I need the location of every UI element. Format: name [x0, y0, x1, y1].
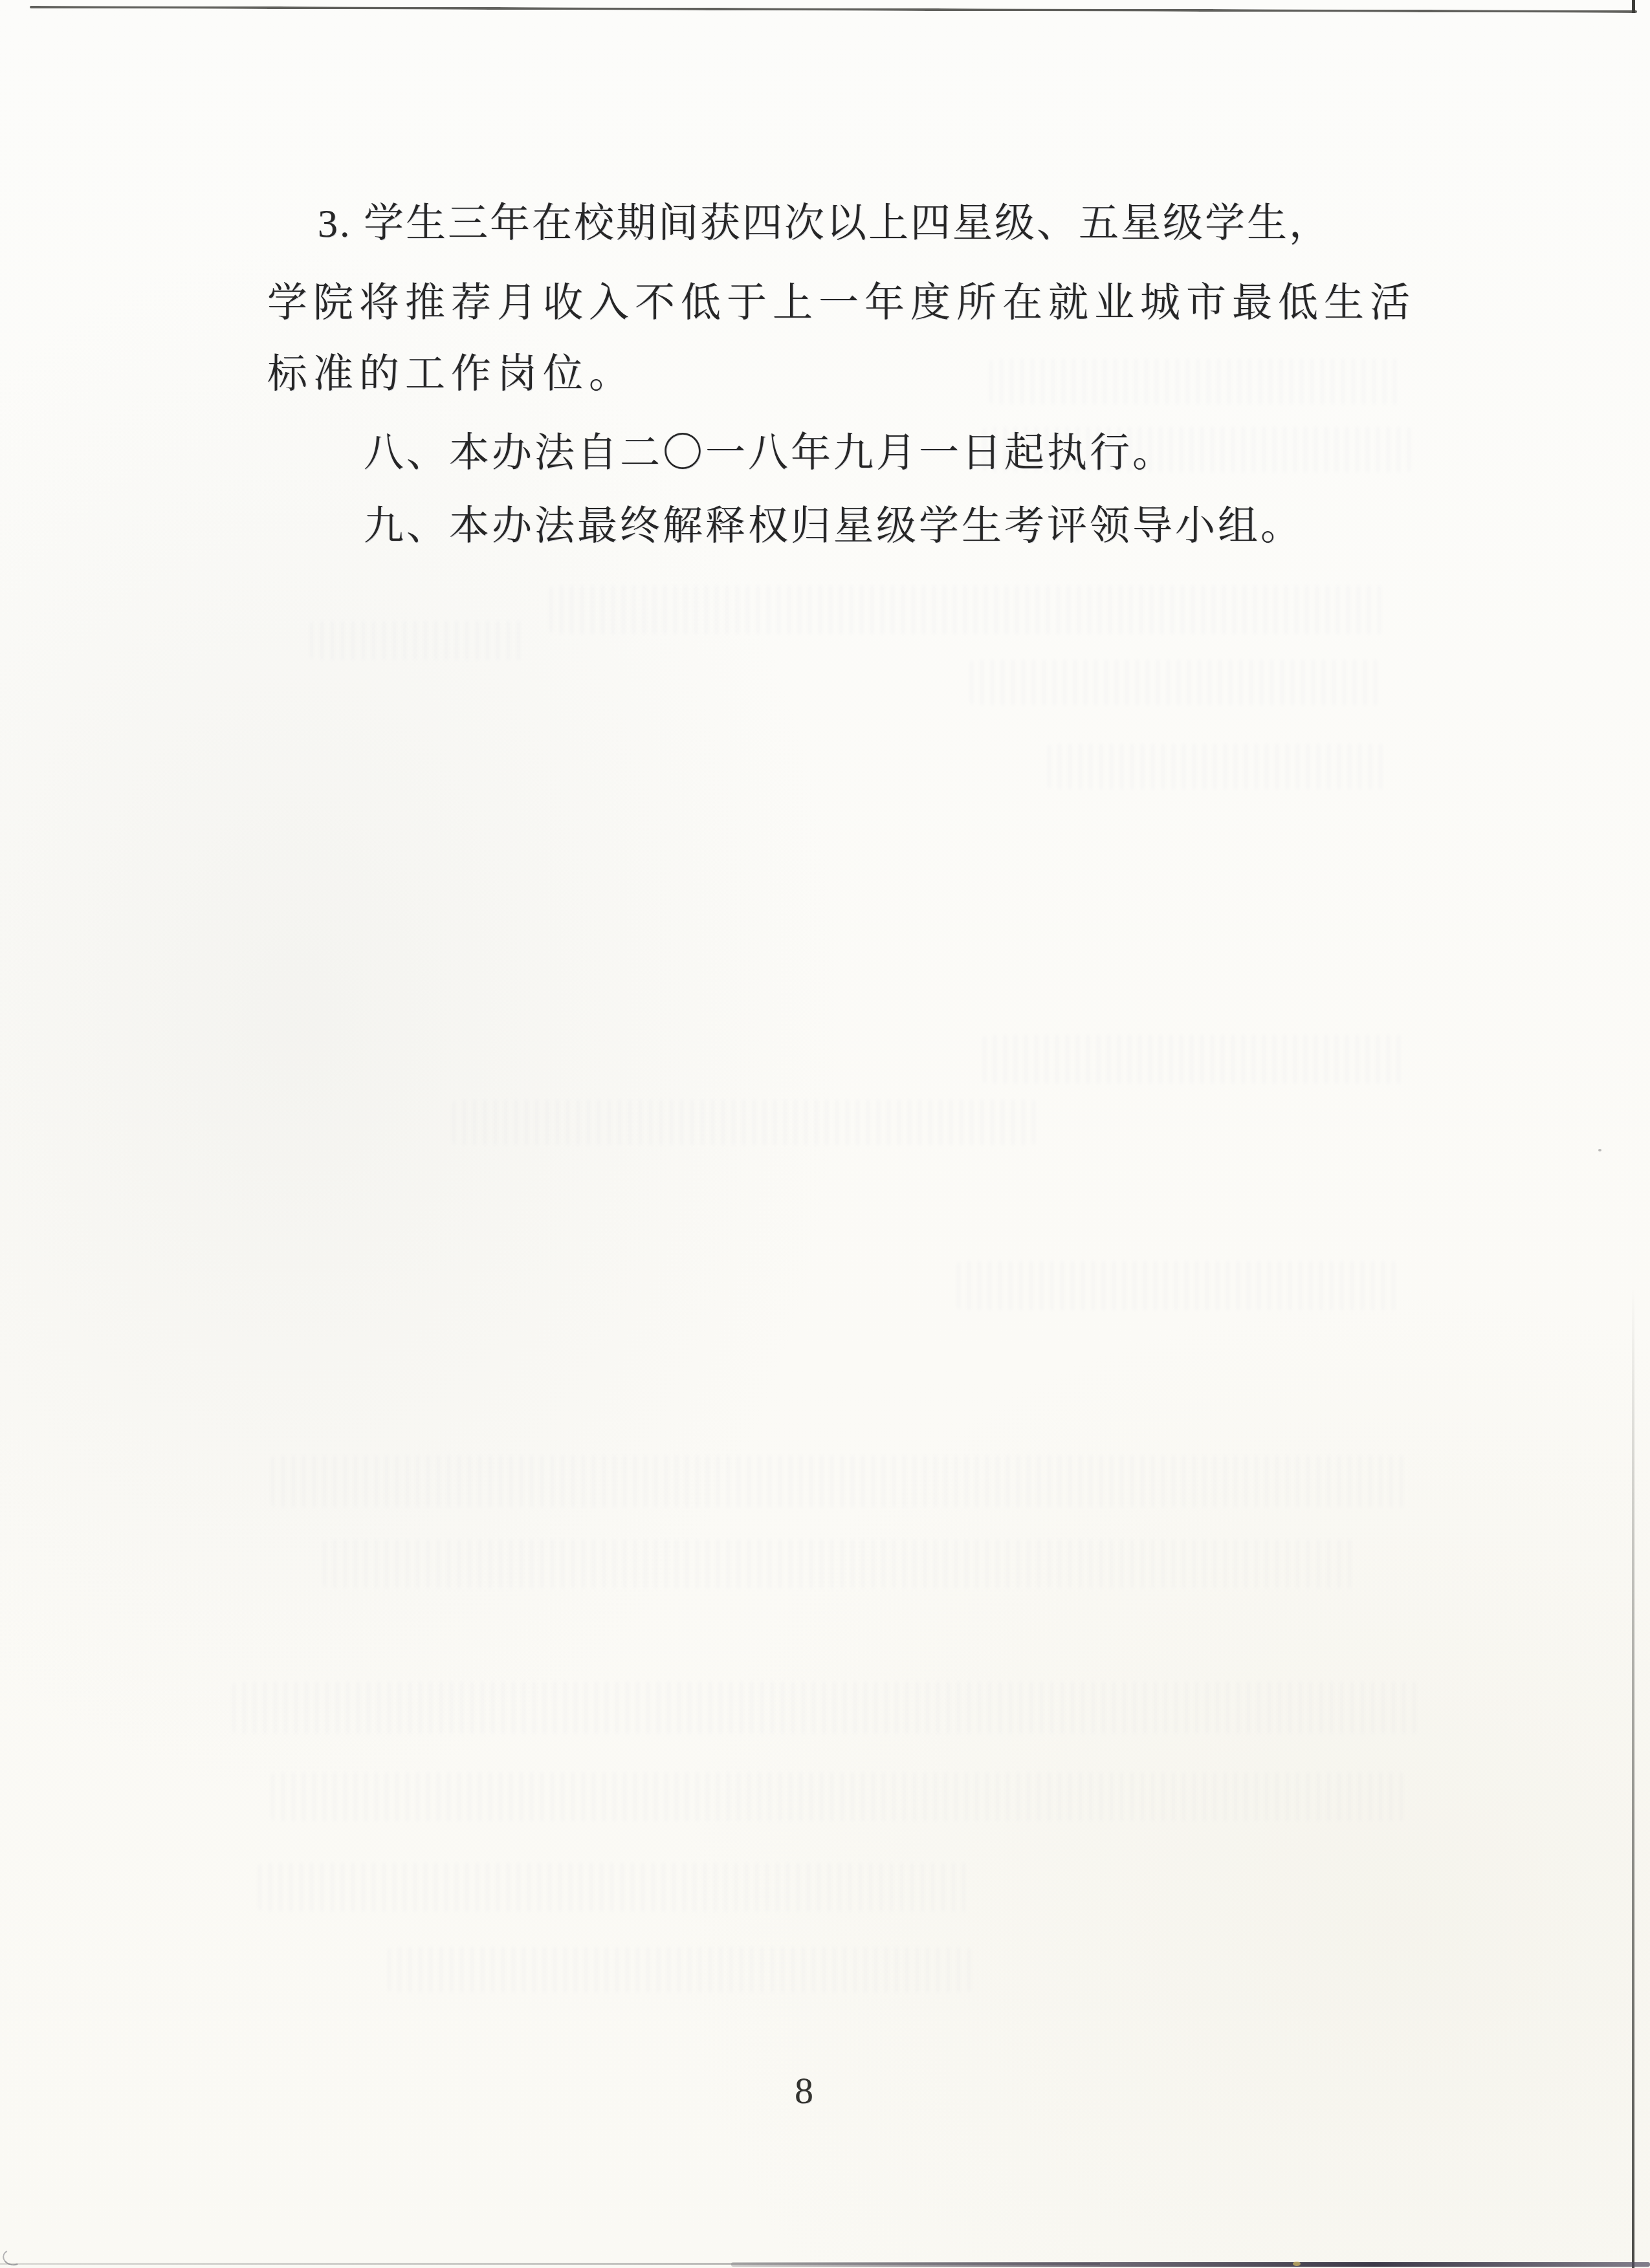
scanned-document-page: { "page": { "number": "8", "paper_color"…	[0, 0, 1650, 2268]
bleed-through-artifact	[984, 427, 1411, 472]
document-text-line: 3. 学生三年在校期间获四次以上四星级、五星级学生，	[318, 204, 1331, 244]
bleed-through-artifact	[971, 660, 1385, 705]
bleed-through-artifact	[1048, 744, 1385, 789]
bleed-through-artifact	[272, 1772, 1404, 1821]
scan-edge-bottom-shadow	[731, 2262, 1650, 2267]
page-number: 8	[795, 2072, 813, 2110]
bleed-through-artifact	[550, 585, 1385, 634]
bleed-through-artifact	[984, 1035, 1404, 1084]
paper-speck	[1598, 1149, 1601, 1151]
document-text-line: 标准的工作岗位。	[267, 354, 635, 395]
bleed-through-artifact	[958, 1261, 1398, 1310]
bleed-through-artifact	[453, 1100, 1035, 1145]
bleed-through-artifact	[990, 359, 1404, 404]
bleed-through-artifact	[311, 621, 524, 660]
scan-edge-top-line	[30, 6, 1637, 13]
bleed-through-artifact	[324, 1540, 1359, 1588]
paper-speck	[1293, 2262, 1301, 2266]
document-text-line: 九、本办法最终解释权归星级学生考评领导小组。	[364, 507, 1303, 547]
bleed-through-artifact	[233, 1682, 1424, 1734]
scan-corner-top-right-mark	[1632, 0, 1635, 13]
bleed-through-artifact	[272, 1456, 1411, 1507]
document-text-line: 学院将推荐月收入不低于上一年度所在就业城市最低生活	[267, 283, 1416, 323]
bleed-through-artifact	[388, 1947, 971, 1992]
scan-edge-right-line	[1632, 1287, 1634, 2268]
bleed-through-artifact	[259, 1863, 971, 1912]
